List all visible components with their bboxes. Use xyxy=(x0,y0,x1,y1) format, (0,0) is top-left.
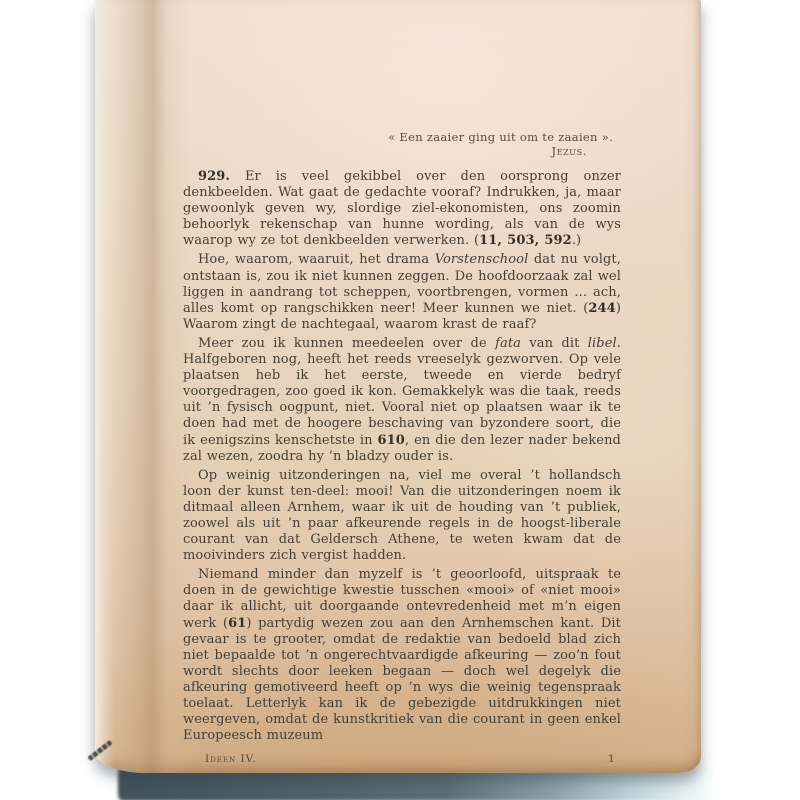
bold-text: 929. xyxy=(198,169,230,184)
italic-text: fata xyxy=(495,336,521,351)
text: Meer zou ik kunnen meedeelen over de xyxy=(198,336,495,351)
bold-text: 61 xyxy=(228,616,246,631)
bold-text: 11, 503, 592 xyxy=(479,233,572,248)
page-gutter xyxy=(95,0,191,773)
epigraph: « Een zaaier ging uit om te zaaien ». Je… xyxy=(183,130,621,159)
page-number: 1 xyxy=(608,753,615,765)
text: van dit xyxy=(521,336,588,351)
body-text: 929. Er is veel gekibbel over den oorspr… xyxy=(183,169,621,744)
epigraph-quote: « Een zaaier ging uit om te zaaien ». xyxy=(183,130,621,144)
bold-text: 610 xyxy=(378,433,405,448)
bold-text: 244 xyxy=(588,301,615,316)
italic-text: libel xyxy=(588,336,617,351)
photo-background: « Een zaaier ging uit om te zaaien ». Je… xyxy=(0,0,800,800)
page-footer: Ideen IV. 1 xyxy=(183,753,621,765)
book-page: « Een zaaier ging uit om te zaaien ». Je… xyxy=(95,0,701,773)
paragraph: 929. Er is veel gekibbel over den oorspr… xyxy=(183,169,621,249)
text: Hoe, waarom, waaruit, het drama xyxy=(198,252,435,267)
paragraph: Op weinig uitzonderingen na, viel me ove… xyxy=(183,468,621,565)
text: .) xyxy=(572,233,581,248)
paragraph: Meer zou ik kunnen meedeelen over de fat… xyxy=(183,336,621,465)
running-title: Ideen IV. xyxy=(205,753,257,765)
page-content: « Een zaaier ging uit om te zaaien ». Je… xyxy=(183,130,621,765)
text: Op weinig uitzonderingen na, viel me ove… xyxy=(183,468,621,563)
epigraph-attribution: Jezus. xyxy=(183,144,621,159)
text: . Halfgeboren nog, heeft het reeds vrees… xyxy=(183,336,621,448)
text: ) partydig wezen zou aan den Arnhemschen… xyxy=(183,616,621,744)
paragraph: Niemand minder dan myzelf is ’t geoorloo… xyxy=(183,567,621,744)
italic-text: Vorstenschool xyxy=(435,252,529,267)
paragraph: Hoe, waarom, waaruit, het drama Vorstens… xyxy=(183,252,621,332)
